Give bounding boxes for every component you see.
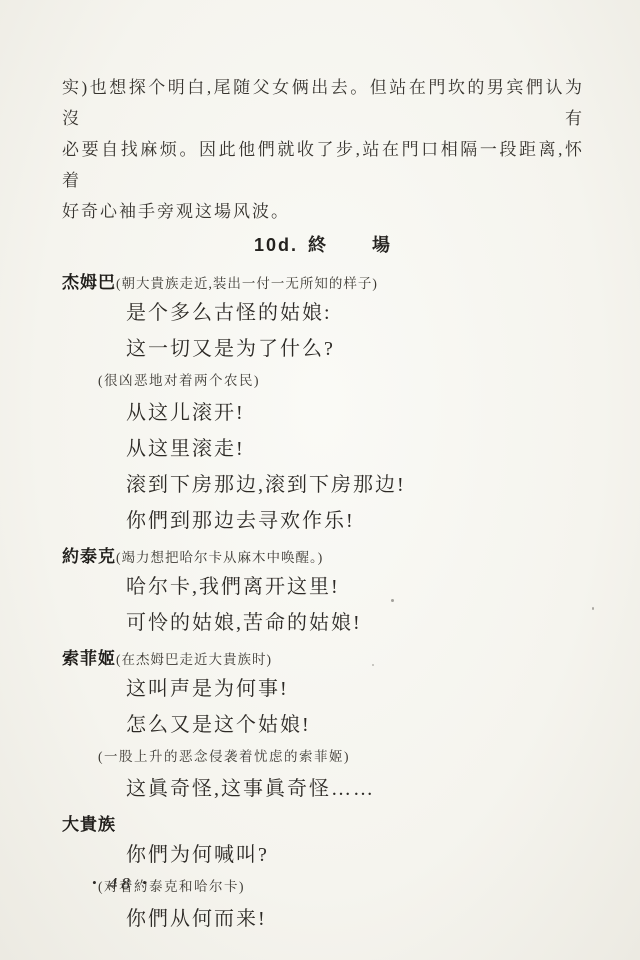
dialogue-line: 这一切又是为了什么? xyxy=(126,331,584,367)
scene-title-left: 終 xyxy=(308,235,328,255)
footer-page-number: 48 xyxy=(109,874,134,893)
scene-title-right: 場 xyxy=(372,235,392,255)
stage-direction-inline: (在杰姆巴走近大貴族时) xyxy=(116,652,272,667)
speaker-row: 索菲姬(在杰姆巴走近大貴族时) xyxy=(62,647,584,671)
scan-speck xyxy=(391,599,394,602)
stage-direction: (一股上升的恶念侵袭着忧虑的索菲姬) xyxy=(98,743,584,771)
speaker-row: 杰姆巴(朝大貴族走近,装出一付一无所知的样子) xyxy=(62,271,584,295)
speaker-name: 大貴族 xyxy=(62,815,116,834)
speaker-row: 大貴族 xyxy=(62,813,584,837)
dialogue-line: 你們到那边去寻欢作乐! xyxy=(126,503,584,539)
paragraph-line: 好奇心袖手旁观这場风波。 xyxy=(62,196,584,227)
footer-right-dot: • xyxy=(142,875,151,890)
page-content: 实)也想探个明白,尾随父女俩出去。但站在門坎的男宾們认为沒有 必要自找麻烦。因此… xyxy=(62,72,584,937)
dialogue-line: 从这儿滚开! xyxy=(126,395,584,431)
speaker-name: 約泰克 xyxy=(62,547,116,566)
dialogue-line: 可怜的姑娘,苦命的姑娘! xyxy=(126,605,584,641)
scanned-script-page: 实)也想探个明白,尾随父女俩出去。但站在門坎的男宾們认为沒有 必要自找麻烦。因此… xyxy=(0,0,640,960)
dialogue-line: 你們为何喊叫? xyxy=(126,837,584,873)
paragraph-line: 实)也想探个明白,尾随父女俩出去。但站在門坎的男宾們认为沒有 xyxy=(62,72,584,134)
continuation-paragraph: 实)也想探个明白,尾随父女俩出去。但站在門坎的男宾們认为沒有 必要自找麻烦。因此… xyxy=(62,72,584,227)
stage-direction-inline: (竭力想把哈尔卡从麻木中唤醒。) xyxy=(116,550,323,565)
dialogue-line: 你們从何而来! xyxy=(126,901,584,937)
footer-left-dot: • xyxy=(92,875,101,890)
scan-speck xyxy=(372,664,374,666)
scene-heading: 10d.終場 xyxy=(62,233,584,257)
speaker-name: 索菲姬 xyxy=(62,649,116,668)
speaker-name: 杰姆巴 xyxy=(62,273,116,292)
dialogue-line: 从这里滚走! xyxy=(126,431,584,467)
dialogue-line: 哈尔卡,我們离开这里! xyxy=(126,569,584,605)
scene-number: 10d. xyxy=(254,235,298,255)
dialogue-line: 这叫声是为何事! xyxy=(126,671,584,707)
paragraph-line: 必要自找麻烦。因此他們就收了步,站在門口相隔一段距离,怀着 xyxy=(62,134,584,196)
script-blocks: 杰姆巴(朝大貴族走近,装出一付一无所知的样子)是个多么古怪的姑娘:这一切又是为了… xyxy=(62,271,584,937)
speaker-row: 約泰克(竭力想把哈尔卡从麻木中唤醒。) xyxy=(62,545,584,569)
dialogue-line: 是个多么古怪的姑娘: xyxy=(126,295,584,331)
dialogue-line: 怎么又是这个姑娘! xyxy=(126,707,584,743)
stage-direction-inline: (朝大貴族走近,装出一付一无所知的样子) xyxy=(116,276,378,291)
scan-speck xyxy=(592,607,594,610)
dialogue-line: 滚到下房那边,滚到下房那边! xyxy=(126,467,584,503)
stage-direction: (很凶恶地对着两个农民) xyxy=(98,367,584,395)
dialogue-line: 这眞奇怪,这事眞奇怪…… xyxy=(126,771,584,807)
page-number: • 48 • xyxy=(92,874,151,894)
stage-direction: (对着約泰克和哈尔卡) xyxy=(98,873,584,901)
